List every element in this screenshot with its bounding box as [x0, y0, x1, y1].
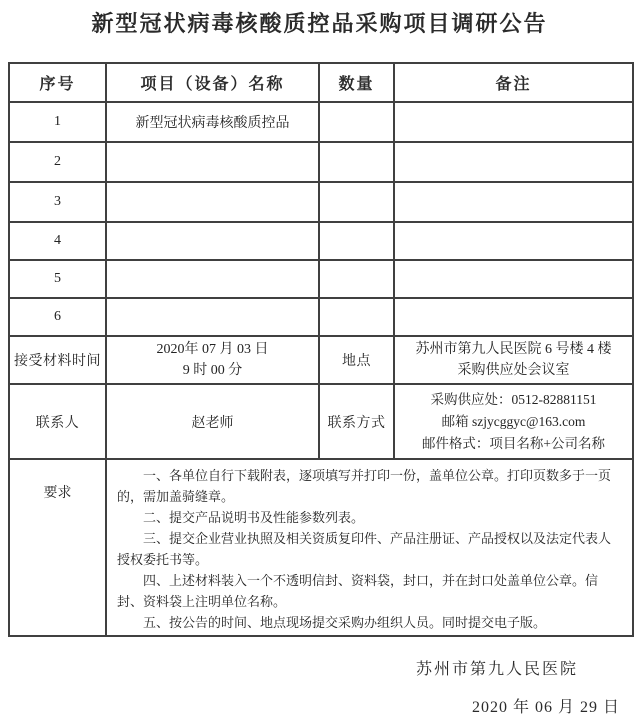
item-name [106, 298, 319, 336]
contact-phone-line: 采购供应处：0512-82881151 [397, 389, 630, 411]
contact-method-label: 联系方式 [319, 384, 394, 459]
acceptance-hour-line: 9 时 00 分 [109, 360, 316, 381]
item-name [106, 142, 319, 182]
procurement-table: 序号 项目（设备）名称 数量 备注 1 新型冠状病毒核酸质控品 2 3 4 5 … [8, 62, 634, 637]
table-row: 6 [9, 298, 633, 336]
acceptance-date-line: 2020年 07 月 03 日 [109, 339, 316, 360]
item-quantity [319, 298, 394, 336]
item-quantity [319, 260, 394, 298]
contact-label: 联系人 [9, 384, 106, 459]
item-note [394, 222, 633, 260]
table-row: 2 [9, 142, 633, 182]
contact-mail-format-line: 邮件格式：项目名称+公司名称 [397, 433, 630, 455]
item-serial: 2 [9, 142, 106, 182]
table-row: 4 [9, 222, 633, 260]
item-name [106, 182, 319, 222]
header-quantity: 数量 [319, 63, 394, 102]
item-serial: 4 [9, 222, 106, 260]
item-serial: 5 [9, 260, 106, 298]
item-serial: 3 [9, 182, 106, 222]
table-header-row: 序号 项目（设备）名称 数量 备注 [9, 63, 633, 102]
item-name [106, 260, 319, 298]
issue-date: 2020 年 06 月 29 日 [472, 694, 620, 717]
location-line-1: 苏州市第九人民医院 6 号楼 4 楼 [397, 339, 630, 360]
contact-email-line: 邮箱 szjycggyc@163.com [397, 411, 630, 433]
requirement-item-4: 四、上述材料装入一个不透明信封、资料袋，封口，并在封口处盖单位公章。信封、资料袋… [117, 570, 623, 612]
requirement-item-2: 二、提交产品说明书及性能参数列表。 [117, 507, 623, 528]
issuer-org: 苏州市第九人民医院 [416, 656, 578, 679]
table-row: 1 新型冠状病毒核酸质控品 [9, 102, 633, 142]
location-line-2: 采购供应处会议室 [397, 360, 630, 381]
item-serial: 1 [9, 102, 106, 142]
item-name: 新型冠状病毒核酸质控品 [106, 102, 319, 142]
contact-row: 联系人 赵老师 联系方式 采购供应处：0512-82881151 邮箱 szjy… [9, 384, 633, 459]
requirement-item-3: 三、提交企业营业执照及相关资质复印件、产品注册证、产品授权以及法定代表人授权委托… [117, 528, 623, 570]
item-note [394, 182, 633, 222]
acceptance-time-value: 2020年 07 月 03 日 9 时 00 分 [106, 336, 319, 384]
requirement-item-5: 五、按公告的时间、地点现场提交采购办组织人员。同时提交电子版。 [117, 612, 623, 633]
item-note [394, 102, 633, 142]
location-value: 苏州市第九人民医院 6 号楼 4 楼 采购供应处会议室 [394, 336, 633, 384]
page-title: 新型冠状病毒核酸质控品采购项目调研公告 [0, 0, 639, 38]
table-row: 3 [9, 182, 633, 222]
item-note [394, 260, 633, 298]
item-serial: 6 [9, 298, 106, 336]
header-item-name: 项目（设备）名称 [106, 63, 319, 102]
item-note [394, 142, 633, 182]
location-label: 地点 [319, 336, 394, 384]
requirements-label: 要求 [9, 459, 106, 636]
item-note [394, 298, 633, 336]
header-note: 备注 [394, 63, 633, 102]
acceptance-time-row: 接受材料时间 2020年 07 月 03 日 9 时 00 分 地点 苏州市第九… [9, 336, 633, 384]
item-quantity [319, 182, 394, 222]
item-quantity [319, 142, 394, 182]
header-serial: 序号 [9, 63, 106, 102]
item-name [106, 222, 319, 260]
contact-method-value: 采购供应处：0512-82881151 邮箱 szjycggyc@163.com… [394, 384, 633, 459]
requirements-content: 一、各单位自行下载附表，逐项填写并打印一份，盖单位公章。打印页数多于一页的，需加… [106, 459, 633, 636]
item-quantity [319, 222, 394, 260]
requirements-row: 要求 一、各单位自行下载附表，逐项填写并打印一份，盖单位公章。打印页数多于一页的… [9, 459, 633, 636]
table-row: 5 [9, 260, 633, 298]
acceptance-time-label: 接受材料时间 [9, 336, 106, 384]
item-quantity [319, 102, 394, 142]
contact-name: 赵老师 [106, 384, 319, 459]
requirement-item-1: 一、各单位自行下载附表，逐项填写并打印一份，盖单位公章。打印页数多于一页的，需加… [117, 465, 623, 507]
